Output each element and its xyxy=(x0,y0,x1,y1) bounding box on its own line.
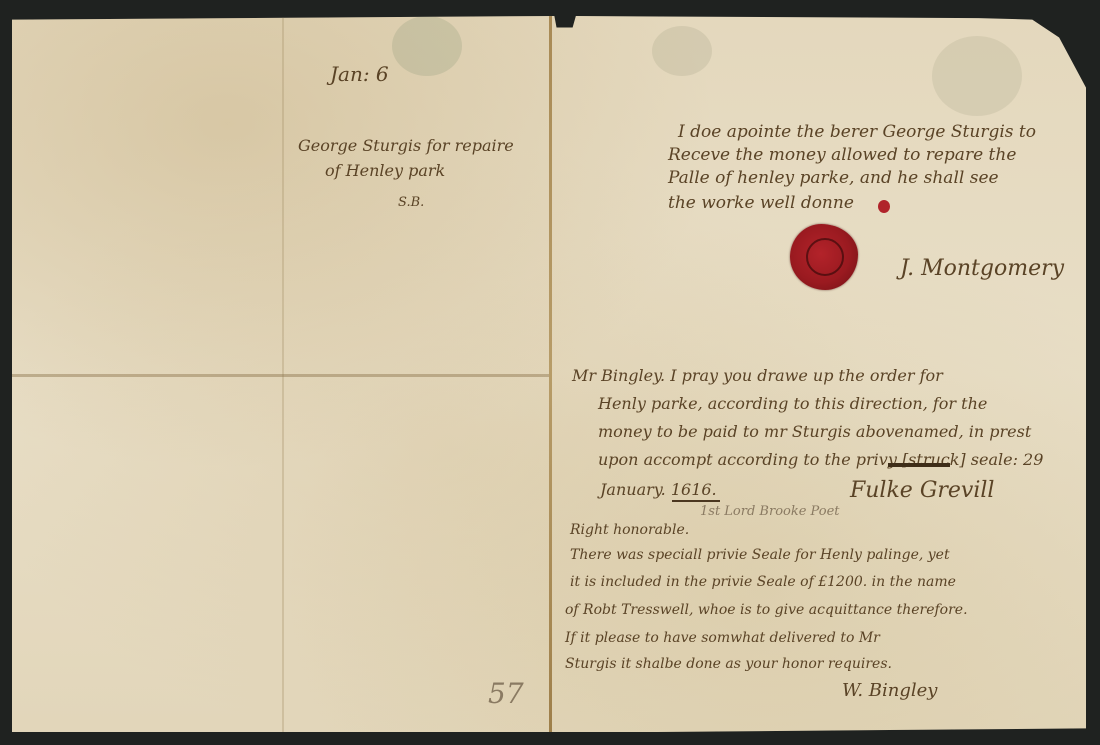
letter-line-1: Mr Bingley. I pray you drawe up the orde… xyxy=(572,368,943,384)
struck-word xyxy=(888,463,950,467)
pencil-folio-number: 57 xyxy=(488,680,524,708)
later-annotation: 1st Lord Brooke Poet xyxy=(700,505,840,518)
second-letter-line-4: If it please to have somwhat delivered t… xyxy=(565,631,880,645)
salutation: Right honorable. xyxy=(570,523,689,537)
wax-seal xyxy=(790,224,858,290)
signature-bingley: W. Bingley xyxy=(842,682,937,700)
letter-line-3: money to be paid to mr Sturgis abovename… xyxy=(598,424,1031,440)
second-letter-line-1: There was speciall privie Seale for Henl… xyxy=(570,548,950,562)
second-letter-line-5: Sturgis it shalbe done as your honor req… xyxy=(565,657,892,671)
signature-grevill: Fulke Grevill xyxy=(850,480,994,502)
order-line-2: Receve the money allowed to repare the xyxy=(668,147,1016,164)
second-letter-line-2: it is included in the privie Seale of £1… xyxy=(570,575,956,589)
fold-crease-center xyxy=(549,16,552,732)
letter-line-2: Henly parke, according to this direction… xyxy=(598,396,987,412)
order-line-4: the worke well donne xyxy=(668,195,854,212)
docket-date: Jan: 6 xyxy=(330,64,389,84)
fold-crease-horizontal xyxy=(12,374,549,377)
docket-mark: S.B. xyxy=(398,196,424,209)
letter-line-5: January. 1616. xyxy=(600,482,717,498)
docket-line-1: George Sturgis for repaire xyxy=(298,138,514,154)
docket-line-2: of Henley park xyxy=(325,163,445,179)
signature-montgomery: J. Montgomery xyxy=(900,258,1064,280)
water-stain xyxy=(652,26,712,76)
water-stain xyxy=(932,36,1022,116)
order-line-1: I doe apointe the berer George Sturgis t… xyxy=(678,124,1036,141)
letter-line-4: upon accompt according to the privy [str… xyxy=(598,452,1043,468)
wax-drop xyxy=(878,200,890,213)
date-underline xyxy=(672,500,720,502)
second-letter-line-3: of Robt Tresswell, whoe is to give acqui… xyxy=(565,603,968,617)
water-stain xyxy=(392,16,462,76)
order-line-3: Palle of henley parke, and he shall see xyxy=(668,170,999,187)
